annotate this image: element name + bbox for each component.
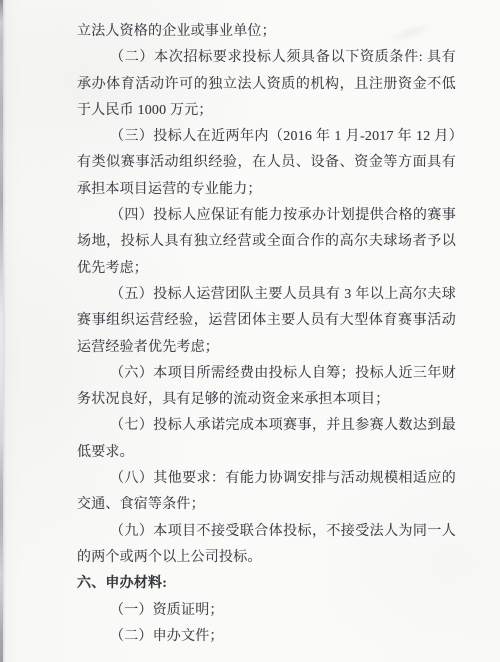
document-text-block: 立法人资格的企业或事业单位；（二）本次招标要求投标人须具备以下资质条件: 具有承… — [77, 19, 456, 650]
document-paragraph: （七）投标人承诺完成本项赛事，并且参赛人数达到最低要求。 — [77, 413, 456, 466]
document-paragraph: （五）投标人运营团队主要人员具有 3 年以上高尔夫球赛事组织运营经验，运营团体主… — [77, 282, 456, 361]
document-paragraph: （八）其他要求：有能力协调安排与活动规模相适应的交通、食宿等条件； — [77, 466, 456, 519]
document-paragraph: （二）本次招标要求投标人须具备以下资质条件: 具有承办体育活动许可的独立法人资质… — [77, 45, 456, 124]
document-paragraph: （三）投标人在近两年内（2016 年 1 月-2017 年 12 月）有类似赛事… — [77, 124, 456, 203]
document-paragraph: （六）本项目所需经费由投标人自筹；投标人近三年财务状况良好，具有足够的流动资金来… — [77, 361, 456, 414]
section-heading: 六、申办材料: — [77, 571, 456, 597]
left-scan-edge-fade — [3, 0, 6, 662]
document-paragraph: （一）资质证明； — [77, 598, 456, 624]
document-paragraph: （九）本项目不接受联合体投标，不接受法人为同一人的两个或两个以上公司投标。 — [77, 519, 456, 572]
document-paragraph: 立法人资格的企业或事业单位； — [77, 19, 456, 45]
document-paragraph: （四）投标人应保证有能力按承办计划提供合格的赛事场地，投标人具有独立经营或全面合… — [77, 203, 456, 282]
document-paragraph: （二）申办文件； — [77, 624, 456, 650]
scanned-document-page: 立法人资格的企业或事业单位；（二）本次招标要求投标人须具备以下资质条件: 具有承… — [0, 0, 500, 662]
